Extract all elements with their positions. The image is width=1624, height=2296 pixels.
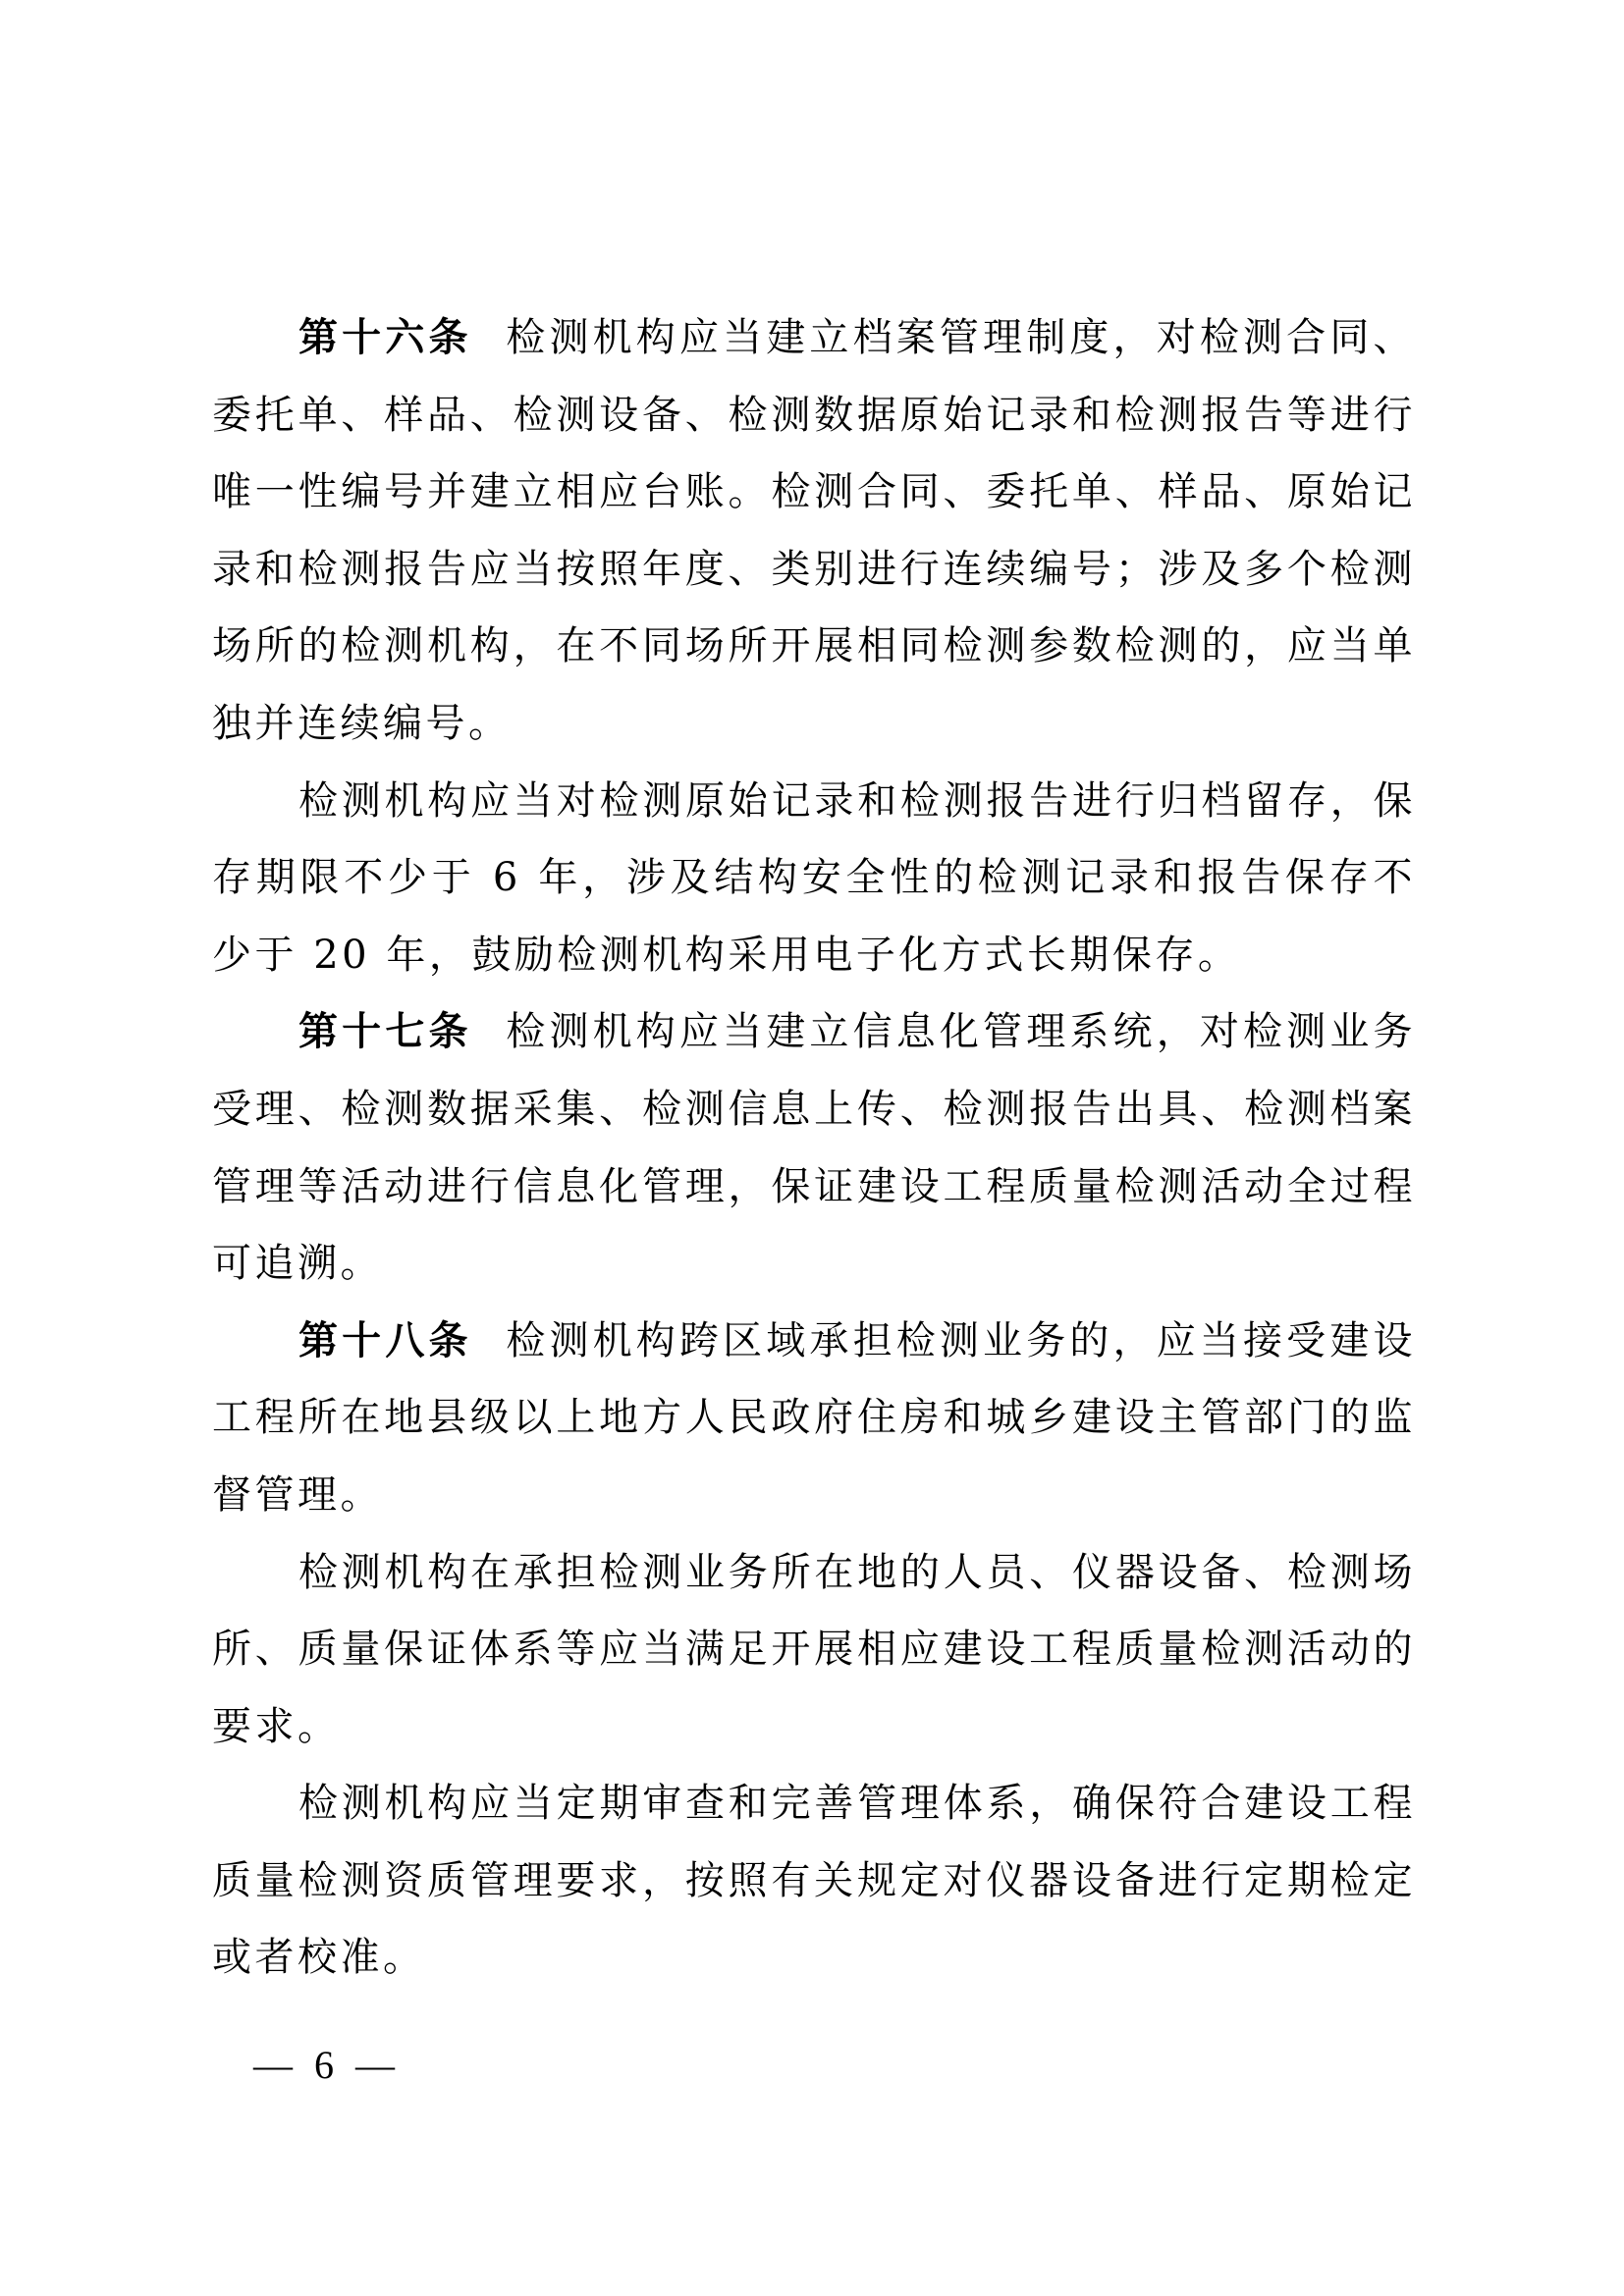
paragraph-article-18: 第十八条检测机构跨区域承担检测业务的，应当接受建设工程所在地县级以上地方人民政府…: [212, 1303, 1416, 1534]
paragraph-article-16: 第十六条检测机构应当建立档案管理制度，对检测合同、委托单、样品、检测设备、检测数…: [212, 299, 1416, 763]
paragraph-local-requirements: 检测机构在承担检测业务所在地的人员、仪器设备、检测场所、质量保证体系等应当满足开…: [212, 1534, 1416, 1766]
paragraph-text: 检测机构应当建立档案管理制度，对检测合同、委托单、样品、检测设备、检测数据原始记…: [212, 315, 1416, 746]
paragraph-text: 检测机构应当对检测原始记录和检测报告进行归档留存，保存期限不少于 6 年，涉及结…: [212, 778, 1416, 978]
article-number: 第十八条: [298, 1317, 472, 1363]
page-number: — 6 —: [253, 2042, 401, 2088]
document-page: 第十六条检测机构应当建立档案管理制度，对检测合同、委托单、样品、检测设备、检测数…: [0, 0, 1624, 2296]
article-number: 第十六条: [298, 314, 472, 360]
paragraph-archive-retention: 检测机构应当对检测原始记录和检测报告进行归档留存，保存期限不少于 6 年，涉及结…: [212, 763, 1416, 994]
paragraph-article-17: 第十七条检测机构应当建立信息化管理系统，对检测业务受理、检测数据采集、检测信息上…: [212, 993, 1416, 1302]
paragraph-management-review: 检测机构应当定期审查和完善管理体系，确保符合建设工程质量检测资质管理要求，按照有…: [212, 1765, 1416, 1997]
article-number: 第十七条: [298, 1008, 472, 1054]
paragraph-text: 检测机构应当定期审查和完善管理体系，确保符合建设工程质量检测资质管理要求，按照有…: [212, 1781, 1416, 1980]
document-body: 第十六条检测机构应当建立档案管理制度，对检测合同、委托单、样品、检测设备、检测数…: [212, 299, 1416, 1997]
paragraph-text: 检测机构在承担检测业务所在地的人员、仪器设备、检测场所、质量保证体系等应当满足开…: [212, 1550, 1416, 1749]
